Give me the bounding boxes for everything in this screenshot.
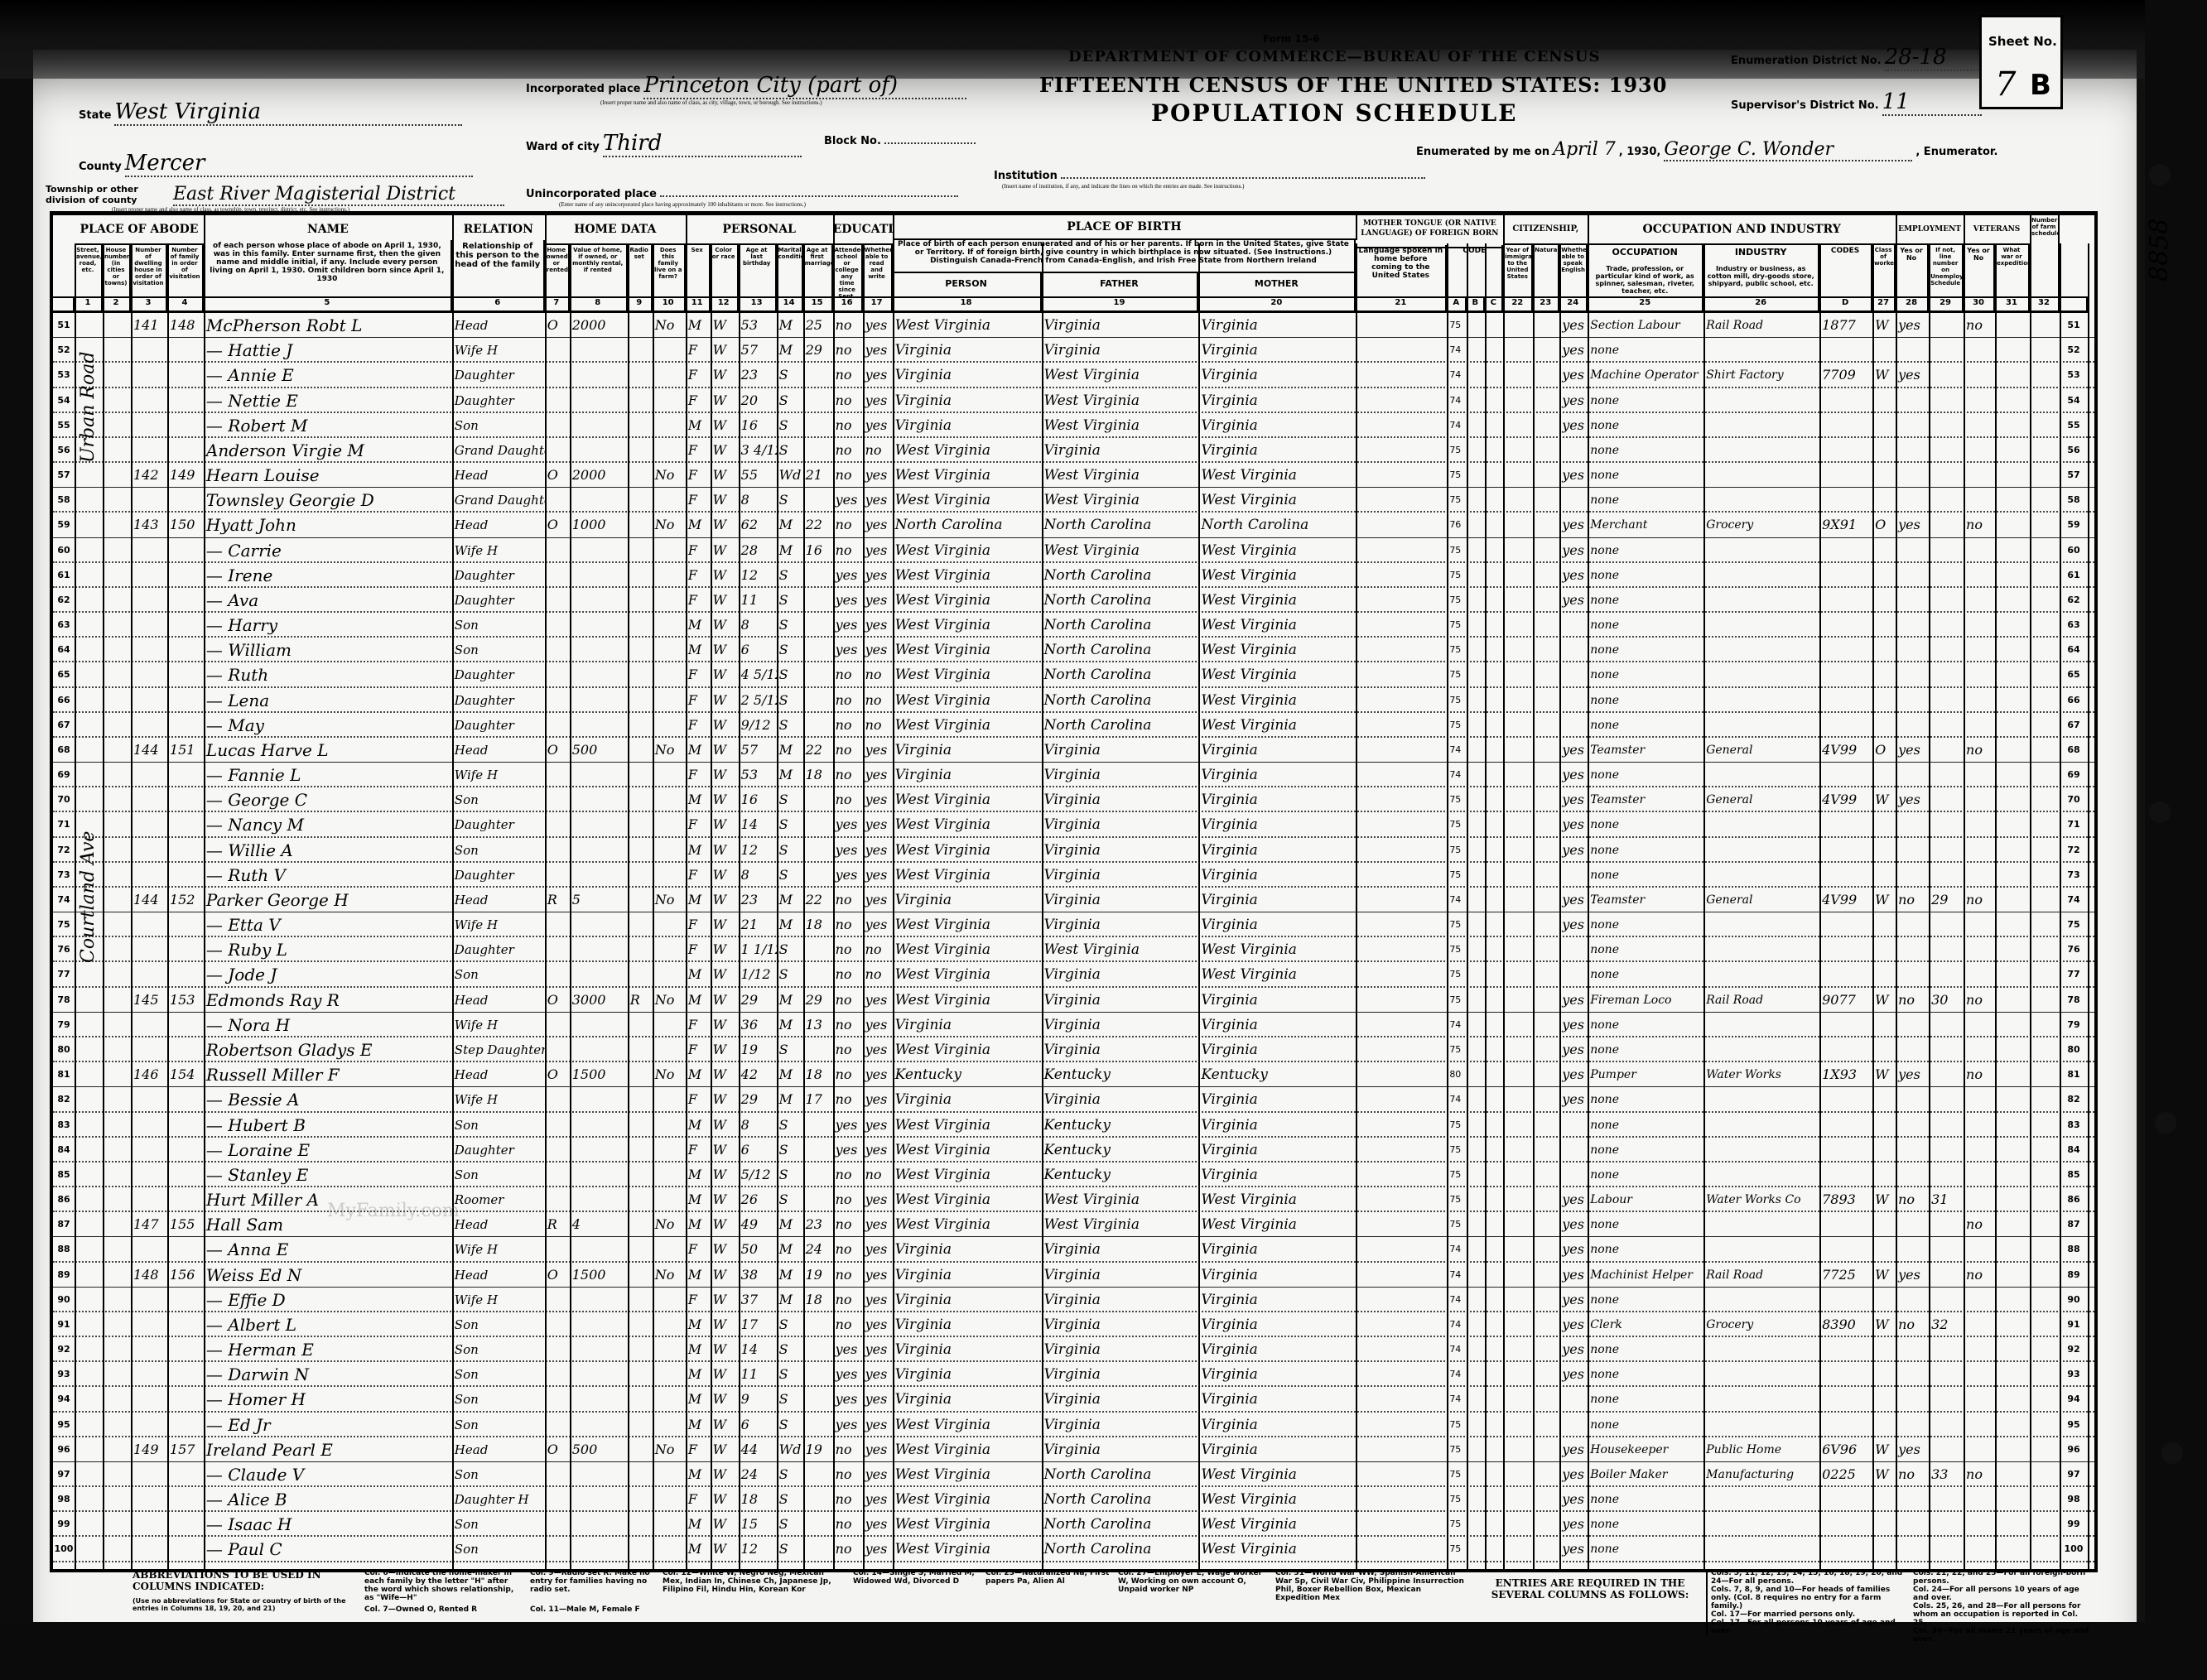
cell-cls: O	[1872, 513, 1896, 537]
cell-agem: 18	[803, 1062, 833, 1086]
line-number: 71	[2060, 812, 2088, 835]
column-rule	[1588, 243, 1589, 1569]
cell-unemp	[1929, 1013, 1964, 1036]
table-row: 100100— Paul CSonMW12SnoyesWest Virginia…	[53, 1537, 2094, 1562]
cell-sch: yes	[833, 613, 863, 636]
cell-val	[570, 912, 628, 936]
cell-pob: West Virginia	[893, 838, 1042, 861]
cell-dw	[131, 563, 167, 586]
cell-ind	[1703, 1138, 1819, 1161]
line-number: 89	[2060, 1263, 2088, 1287]
cell-agem	[803, 1487, 833, 1510]
cell-radio	[628, 838, 653, 861]
line-number: 65	[53, 662, 75, 686]
cell-fpob: West Virginia	[1042, 1187, 1199, 1211]
cell-radio	[628, 438, 653, 461]
cell-mar: M	[777, 763, 803, 786]
cell-farm: No	[653, 313, 686, 337]
table-row: 7878145153Edmonds Ray RHeadO3000RNoMW29M…	[53, 988, 2094, 1013]
cell-mt: 74	[1447, 888, 1467, 912]
cell-mpob: Virginia	[1198, 787, 1356, 811]
cell-emp	[1896, 613, 1929, 636]
cell-val	[570, 363, 628, 386]
cell-eng: yes	[1559, 313, 1588, 337]
column-number: 20	[1198, 296, 1356, 313]
cell-unemp	[1929, 1387, 1964, 1410]
work-yes-no-header: Yes or No	[1896, 245, 1929, 296]
cell-farm	[653, 563, 686, 586]
cell-fam	[167, 812, 204, 835]
cell-race: W	[711, 513, 739, 537]
cell-code: 4V99	[1819, 888, 1872, 912]
cell-dw	[131, 937, 167, 960]
cell-dw	[131, 588, 167, 611]
table-row: 7979— Nora HWife HFW36M13noyesVirginiaVi…	[53, 1013, 2094, 1037]
line-number: 85	[53, 1163, 75, 1186]
table-row: 6262— AvaDaughterFW11SyesyesWest Virgini…	[53, 588, 2094, 613]
cell-dw: 145	[131, 988, 167, 1012]
cell-radio	[628, 1487, 653, 1510]
cell-mt: 74	[1447, 738, 1467, 762]
cell-age: 29	[739, 988, 777, 1012]
line-number: 68	[53, 738, 75, 762]
group-citizenship: CITIZENSHIP, ETC.	[1503, 215, 1589, 245]
cell-rel: Daughter	[452, 863, 545, 886]
cell-name: — Claude V	[204, 1462, 452, 1485]
cell-emp	[1896, 1487, 1929, 1510]
cell-code: 8390	[1819, 1312, 1872, 1336]
cell-occ: none	[1588, 763, 1703, 786]
cell-race: W	[711, 588, 739, 611]
cell-fpob: Virginia	[1042, 1237, 1199, 1260]
cell-sch: no	[833, 688, 863, 711]
cell-mar: S	[777, 863, 803, 886]
cell-eng: yes	[1559, 1062, 1588, 1086]
cell-eng: yes	[1559, 563, 1588, 586]
cell-rw: yes	[863, 1537, 893, 1560]
cell-val	[570, 1187, 628, 1211]
cell-ind: Grocery	[1703, 513, 1819, 537]
cell-vet: no	[1964, 513, 1995, 537]
cell-mar: M	[777, 313, 803, 337]
cell-occ: none	[1588, 1487, 1703, 1510]
cell-sex: M	[686, 838, 711, 861]
cell-sch: no	[833, 463, 863, 487]
cell-fam	[167, 588, 204, 611]
cell-fam	[167, 1312, 204, 1336]
cell-val	[570, 388, 628, 412]
cell-rw: yes	[863, 787, 893, 811]
cell-fpob: Virginia	[1042, 962, 1199, 985]
cell-emp: no	[1896, 1187, 1929, 1211]
cell-name: Lucas Harve L	[204, 738, 452, 762]
cell-code	[1819, 1237, 1872, 1260]
cell-race: W	[711, 1163, 739, 1186]
cell-fpob: West Virginia	[1042, 413, 1199, 436]
cell-sch: no	[833, 888, 863, 912]
cell-fam	[167, 962, 204, 985]
cell-occ: none	[1588, 638, 1703, 661]
cell-val	[570, 1138, 628, 1161]
cell-mpob: Virginia	[1198, 413, 1356, 436]
cell-emp	[1896, 338, 1929, 361]
cell-rel: Head	[452, 738, 545, 762]
cell-fpob: Virginia	[1042, 988, 1199, 1012]
cell-ind	[1703, 388, 1819, 412]
cell-cls: W	[1872, 988, 1896, 1012]
enumerated-date: April 7	[1553, 139, 1616, 160]
cell-val	[570, 1163, 628, 1186]
cell-cls	[1872, 338, 1896, 361]
cell-cls: W	[1872, 1263, 1896, 1287]
cell-mt: 74	[1447, 1387, 1467, 1410]
cell-rw: yes	[863, 1387, 893, 1410]
cell-eng: yes	[1559, 1037, 1588, 1061]
cell-fpob: Virginia	[1042, 1288, 1199, 1311]
req-4: Col. 17—For all persons 10 years of age …	[1711, 1619, 1910, 1635]
cell-agem	[803, 1413, 833, 1436]
cell-eng: yes	[1559, 1512, 1588, 1535]
cell-farm	[653, 1413, 686, 1436]
cell-radio	[628, 787, 653, 811]
cell-own	[545, 1163, 570, 1186]
table-row: 9090— Effie DWife HFW37M18noyesVirginiaV…	[53, 1288, 2094, 1312]
cell-race: W	[711, 1187, 739, 1211]
cell-name: — Willie A	[204, 838, 452, 861]
cell-mar: M	[777, 1237, 803, 1260]
cell-rel: Wife H	[452, 1288, 545, 1311]
line-number: 77	[2060, 962, 2088, 985]
cell-eng: yes	[1559, 763, 1588, 786]
cell-cls	[1872, 937, 1896, 960]
cell-vet	[1964, 1387, 1995, 1410]
cell-fpob: Virginia	[1042, 838, 1199, 861]
cell-pob: West Virginia	[893, 1187, 1042, 1211]
cell-race: W	[711, 1413, 739, 1436]
cell-vet	[1964, 363, 1995, 386]
cell-mpob: West Virginia	[1198, 713, 1356, 736]
cell-val	[570, 863, 628, 886]
cell-unemp	[1929, 513, 1964, 537]
cell-mt: 75	[1447, 988, 1467, 1012]
line-number: 97	[53, 1462, 75, 1485]
cell-emp	[1896, 1512, 1929, 1535]
cell-age: 17	[739, 1312, 777, 1336]
cell-farm: No	[653, 988, 686, 1012]
cell-rel: Daughter	[452, 937, 545, 960]
cell-sch: no	[833, 937, 863, 960]
cell-mpob: West Virginia	[1198, 937, 1356, 960]
cell-dw	[131, 1462, 167, 1485]
census-title: FIFTEENTH CENSUS OF THE UNITED STATES: 1…	[1039, 73, 1667, 97]
line-number: 93	[2060, 1362, 2088, 1385]
cell-cls: W	[1872, 1187, 1896, 1211]
cell-mpob: Virginia	[1198, 1362, 1356, 1385]
cell-pob: Virginia	[893, 888, 1042, 912]
cell-sch: no	[833, 787, 863, 811]
cell-vet	[1964, 1537, 1995, 1560]
cell-race: W	[711, 1537, 739, 1560]
cell-ind: Rail Road	[1703, 988, 1819, 1012]
cell-pob: Virginia	[893, 1013, 1042, 1036]
cell-dw	[131, 1487, 167, 1510]
cell-name: — Robert M	[204, 413, 452, 436]
cell-agem	[803, 1312, 833, 1336]
table-row: 8888— Anna EWife HFW50M24noyesVirginiaVi…	[53, 1237, 2094, 1262]
cell-rel: Daughter	[452, 388, 545, 412]
cell-own	[545, 588, 570, 611]
table-row: 5858Townsley Georgie DGrand DaughterFW8S…	[53, 488, 2094, 513]
cell-occ: none	[1588, 1163, 1703, 1186]
cell-farm	[653, 1462, 686, 1485]
cell-name: — George C	[204, 787, 452, 811]
cell-code	[1819, 1288, 1872, 1311]
cell-ind	[1703, 1288, 1819, 1311]
cell-fam	[167, 838, 204, 861]
line-number: 88	[53, 1237, 75, 1260]
line-number: 95	[2060, 1413, 2088, 1436]
cell-mt: 75	[1447, 1462, 1467, 1485]
cell-mpob: West Virginia	[1198, 962, 1356, 985]
cell-rel: Head	[452, 888, 545, 912]
cell-own	[545, 662, 570, 686]
cell-sch: no	[833, 1037, 863, 1061]
cell-occ: none	[1588, 1138, 1703, 1161]
cell-unemp	[1929, 1237, 1964, 1260]
cell-rw: yes	[863, 912, 893, 936]
cell-radio	[628, 1037, 653, 1061]
table-row: 8989148156Weiss Ed NHeadO1500NoMW38M19no…	[53, 1263, 2094, 1288]
cell-unemp	[1929, 912, 1964, 936]
line-number: 79	[53, 1013, 75, 1036]
cell-age: 6	[739, 1138, 777, 1161]
cell-sex: M	[686, 1062, 711, 1086]
line-number: 82	[53, 1087, 75, 1110]
cell-agem	[803, 363, 833, 386]
cell-mar: M	[777, 1062, 803, 1086]
cell-val	[570, 1312, 628, 1336]
cell-mpob: West Virginia	[1198, 463, 1356, 487]
cell-agem: 16	[803, 538, 833, 561]
column-rule	[739, 243, 740, 1569]
cell-mar: S	[777, 787, 803, 811]
cell-mar: M	[777, 1013, 803, 1036]
cell-pob: Virginia	[893, 1087, 1042, 1110]
cell-sex: F	[686, 1087, 711, 1110]
cell-rw: yes	[863, 338, 893, 361]
column-number: 32	[2030, 296, 2060, 313]
cell-vet	[1964, 763, 1995, 786]
column-rule	[2060, 243, 2061, 1569]
institution-field: Institution (Insert name of institution,…	[994, 166, 1458, 190]
cell-val	[570, 338, 628, 361]
cell-code	[1819, 338, 1872, 361]
cell-radio	[628, 1138, 653, 1161]
cell-race: W	[711, 313, 739, 337]
cell-mpob: West Virginia	[1198, 1187, 1356, 1211]
cell-sex: M	[686, 413, 711, 436]
cell-rw: yes	[863, 812, 893, 835]
cell-unemp	[1929, 937, 1964, 960]
cell-vet	[1964, 1037, 1995, 1061]
cell-occ: none	[1588, 1212, 1703, 1236]
cell-emp: yes	[1896, 313, 1929, 337]
column-rule	[1485, 243, 1487, 1569]
cell-agem	[803, 838, 833, 861]
incorporated-label: Incorporated place	[526, 83, 640, 95]
cell-rw: yes	[863, 1337, 893, 1360]
line-number: 97	[2060, 1462, 2088, 1485]
cell-pob: West Virginia	[893, 463, 1042, 487]
cell-fam: 150	[167, 513, 204, 537]
cell-unemp	[1929, 463, 1964, 487]
cell-name: Hearn Louise	[204, 463, 452, 487]
cell-eng	[1559, 1163, 1588, 1186]
ward-label: Ward of city	[526, 141, 600, 153]
class-worker-header: Class of worker	[1872, 245, 1896, 296]
cell-vet	[1964, 688, 1995, 711]
col-header-street: Street, avenue, road, etc.	[75, 245, 103, 296]
line-number: 70	[2060, 787, 2088, 811]
cell-fam	[167, 413, 204, 436]
cell-val	[570, 1113, 628, 1136]
cell-code	[1819, 538, 1872, 561]
cell-mpob: Virginia	[1198, 1413, 1356, 1436]
cell-fam	[167, 1187, 204, 1211]
col-header-age: Age at last birthday	[739, 245, 777, 296]
column-rule	[1896, 243, 1897, 1569]
cell-own	[545, 1413, 570, 1436]
cell-fam	[167, 1237, 204, 1260]
cell-sch: yes	[833, 1413, 863, 1436]
req-6: Col. 24—For all persons 10 years of age …	[1913, 1586, 2091, 1602]
cell-age: 55	[739, 463, 777, 487]
line-number: 60	[2060, 538, 2088, 561]
cell-val	[570, 962, 628, 985]
cell-race: W	[711, 1113, 739, 1136]
footer-instructions: ABBREVIATIONS TO BE USED IN COLUMNS INDI…	[50, 1569, 2091, 1627]
cell-val	[570, 1462, 628, 1485]
cell-mt: 75	[1447, 662, 1467, 686]
cell-age: 20	[739, 388, 777, 412]
cell-race: W	[711, 438, 739, 461]
cell-rel: Wife H	[452, 1087, 545, 1110]
cell-own: O	[545, 313, 570, 337]
cell-mt: 75	[1447, 638, 1467, 661]
enumeration-district-field: Enumeration District No. 28-18	[1731, 45, 1984, 71]
column-number: 28	[1896, 296, 1929, 313]
cell-occ: none	[1588, 438, 1703, 461]
cell-cls	[1872, 388, 1896, 412]
table-row: 9797— Claude VSonMW24SnoyesWest Virginia…	[53, 1462, 2094, 1487]
cell-fpob: Virginia	[1042, 338, 1199, 361]
cell-name: — Harry	[204, 613, 452, 636]
cell-dw	[131, 1138, 167, 1161]
code-header: CODE	[1447, 245, 1503, 296]
cell-ind: Manufacturing	[1703, 1462, 1819, 1485]
supervisor-label: Supervisor's District No.	[1731, 99, 1879, 112]
cell-rw: yes	[863, 1413, 893, 1436]
cell-rel: Daughter	[452, 662, 545, 686]
cell-sex: F	[686, 912, 711, 936]
cell-unemp	[1929, 1212, 1964, 1236]
cell-age: 16	[739, 787, 777, 811]
line-number: 68	[2060, 738, 2088, 762]
line-number: 77	[53, 962, 75, 985]
cell-radio	[628, 1087, 653, 1110]
cell-age: 36	[739, 1013, 777, 1036]
cell-fpob: North Carolina	[1042, 713, 1199, 736]
cell-sch: no	[833, 338, 863, 361]
cell-mar: S	[777, 563, 803, 586]
cell-code	[1819, 1087, 1872, 1110]
cell-fpob: West Virginia	[1042, 388, 1199, 412]
cell-rw: yes	[863, 388, 893, 412]
cell-race: W	[711, 1487, 739, 1510]
cell-cls: W	[1872, 1312, 1896, 1336]
line-number: 58	[53, 488, 75, 511]
cell-mar: S	[777, 1037, 803, 1061]
cell-fpob: Virginia	[1042, 1413, 1199, 1436]
cell-fpob: Virginia	[1042, 313, 1199, 337]
cell-pob: West Virginia	[893, 563, 1042, 586]
cell-rel: Son	[452, 838, 545, 861]
cell-vet: no	[1964, 1462, 1995, 1485]
cell-sch: yes	[833, 638, 863, 661]
cell-farm	[653, 1537, 686, 1560]
cell-pob: West Virginia	[893, 1212, 1042, 1236]
cell-radio	[628, 763, 653, 786]
cell-unemp	[1929, 1138, 1964, 1161]
cell-mar: M	[777, 888, 803, 912]
column-number: 14	[777, 296, 803, 313]
cell-vet	[1964, 1337, 1995, 1360]
cell-occ: Fireman Loco	[1588, 988, 1703, 1012]
cell-fam	[167, 1487, 204, 1510]
cell-age: 57	[739, 738, 777, 762]
cell-rel: Son	[452, 1362, 545, 1385]
cell-fpob: Virginia	[1042, 1013, 1199, 1036]
block-label: Block No.	[824, 135, 881, 147]
cell-name: — Darwin N	[204, 1362, 452, 1385]
cell-fam	[167, 1113, 204, 1136]
cell-sch: no	[833, 662, 863, 686]
cell-cls	[1872, 1237, 1896, 1260]
cell-pob: West Virginia	[893, 1537, 1042, 1560]
cell-own	[545, 688, 570, 711]
cell-age: 49	[739, 1212, 777, 1236]
cell-mpob: West Virginia	[1198, 1512, 1356, 1535]
cell-sex: M	[686, 638, 711, 661]
cell-sch: no	[833, 1512, 863, 1535]
cell-eng: yes	[1559, 1462, 1588, 1485]
mother-birth-header: MOTHER	[1198, 273, 1356, 296]
cell-mt: 75	[1447, 1163, 1467, 1186]
cell-code	[1819, 613, 1872, 636]
line-number: 70	[53, 787, 75, 811]
cell-name: — Ruby L	[204, 937, 452, 960]
cell-mpob: West Virginia	[1198, 1537, 1356, 1560]
cell-val	[570, 1387, 628, 1410]
cell-cls: O	[1872, 738, 1896, 762]
relation-column-description: Relationship of this person to the head …	[452, 240, 545, 296]
cell-pob: West Virginia	[893, 1113, 1042, 1136]
cell-mpob: West Virginia	[1198, 688, 1356, 711]
cell-mar: S	[777, 438, 803, 461]
cell-farm	[653, 962, 686, 985]
cell-eng	[1559, 713, 1588, 736]
cell-own: O	[545, 513, 570, 537]
